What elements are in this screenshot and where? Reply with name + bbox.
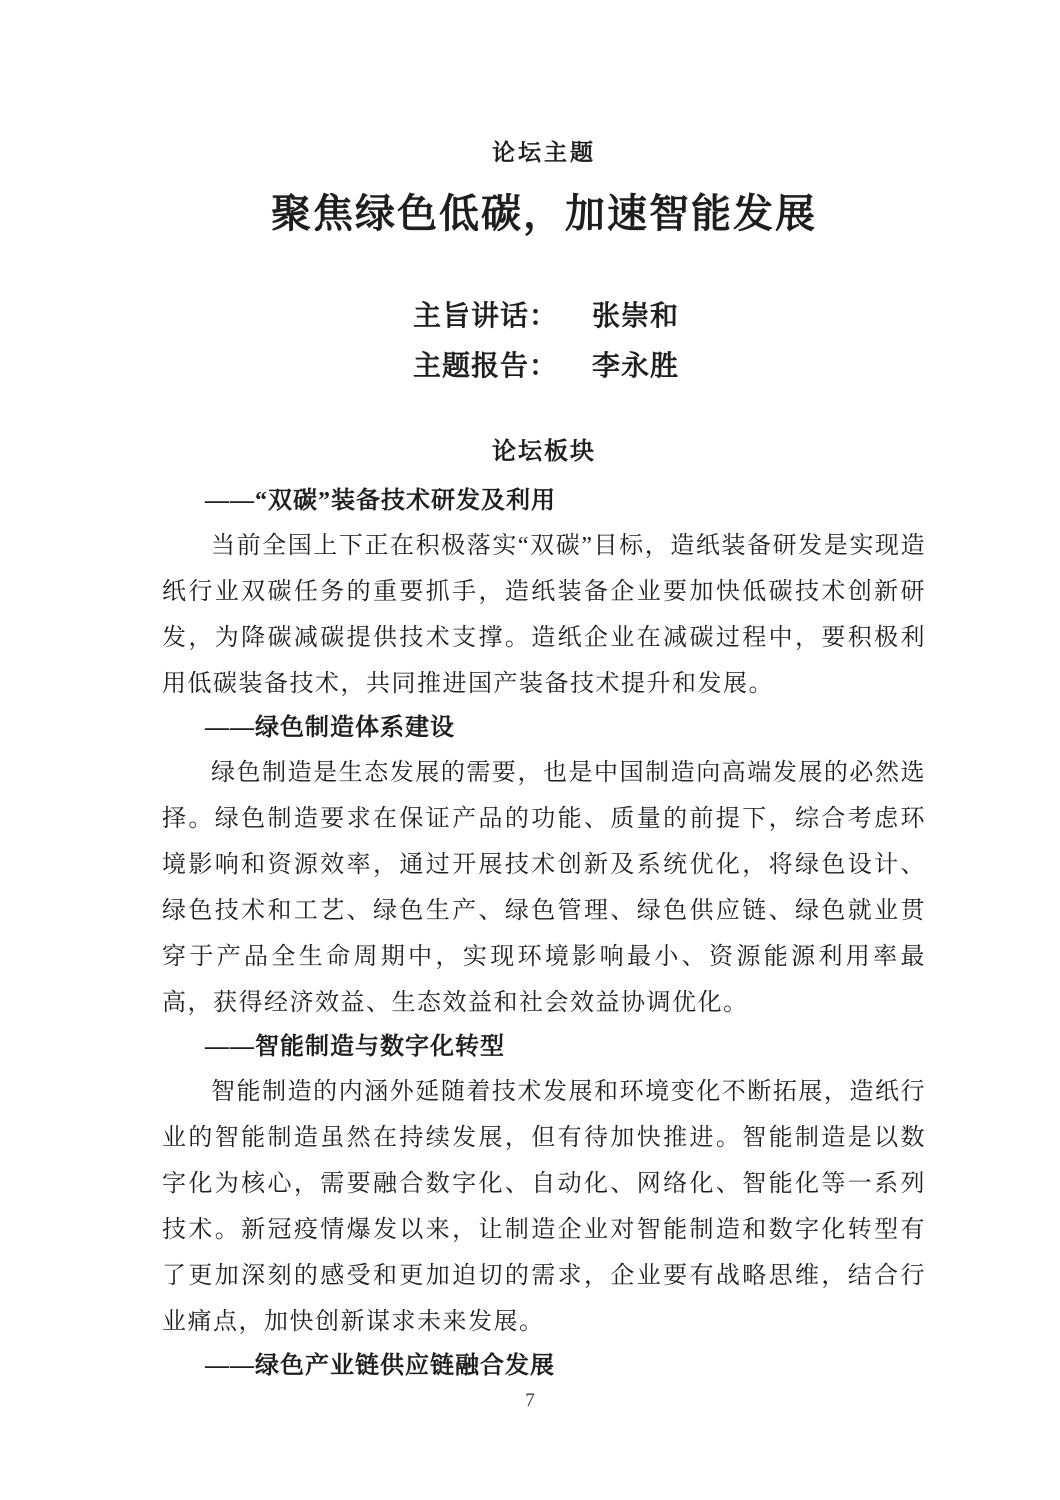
theme-report-speaker: 李永胜 <box>592 351 679 382</box>
section-heading-smart-manufacturing: ——智能制造与数字化转型 <box>162 1026 926 1069</box>
page-number: 7 <box>0 1390 1060 1412</box>
speakers-block: 主旨讲话：张崇和 主题报告：李永胜 <box>162 292 926 392</box>
section-heading-green-supply-chain: ——绿色产业链供应链融合发展 <box>162 1345 926 1388</box>
forum-title: 聚焦绿色低碳，加速智能发展 <box>162 188 926 240</box>
keynote-speech-speaker: 张崇和 <box>592 301 679 332</box>
document-page: 论坛主题 聚焦绿色低碳，加速智能发展 主旨讲话：张崇和 主题报告：李永胜 论坛板… <box>0 0 1060 1500</box>
section-body-green-manufacturing: 绿色制造是生态发展的需要，也是中国制造向高端发展的必然选择。绿色制造要求在保证产… <box>162 750 926 1026</box>
theme-report-label: 主题报告： <box>413 351 558 382</box>
forum-sections-heading: 论坛板块 <box>162 436 926 468</box>
keynote-speech-label: 主旨讲话： <box>413 301 558 332</box>
section-body-dual-carbon-equipment: 当前全国上下正在积极落实“双碳”目标，造纸装备研发是实现造纸行业双碳任务的重要抓… <box>162 523 926 707</box>
section-heading-dual-carbon-equipment: ——“双碳”装备技术研发及利用 <box>162 480 926 523</box>
document-content: 论坛主题 聚焦绿色低碳，加速智能发展 主旨讲话：张崇和 主题报告：李永胜 论坛板… <box>162 0 926 1388</box>
keynote-speech-row: 主旨讲话：张崇和 <box>413 292 675 342</box>
section-body-smart-manufacturing: 智能制造的内涵外延随着技术发展和环境变化不断拓展，造纸行业的智能制造虽然在持续发… <box>162 1069 926 1345</box>
section-heading-green-manufacturing: ——绿色制造体系建设 <box>162 707 926 750</box>
theme-report-row: 主题报告：李永胜 <box>413 342 675 392</box>
forum-theme-label: 论坛主题 <box>162 138 926 168</box>
